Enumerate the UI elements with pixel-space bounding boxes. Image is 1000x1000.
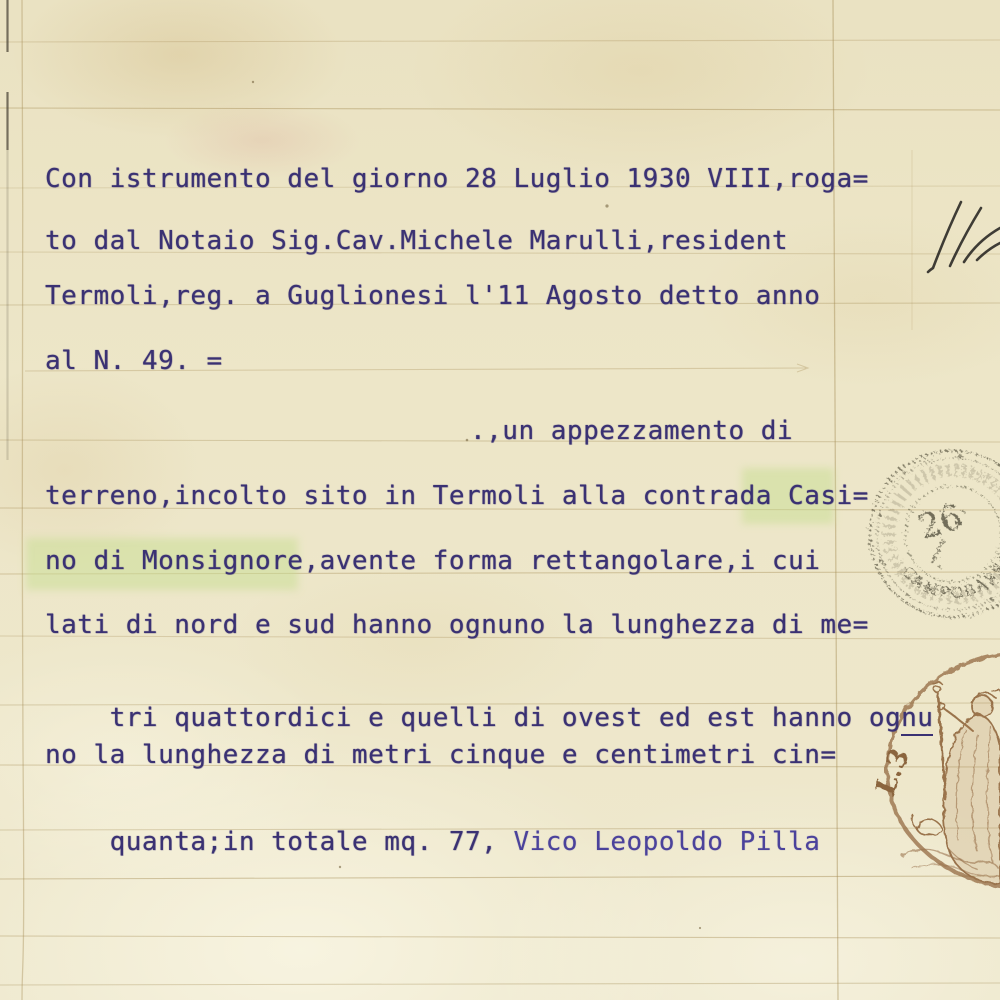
typed-line-9-underlined: nu [901,703,933,736]
left-margin-line [22,0,24,1000]
typed-line-11-main: quanta;in totale mq. 77, [110,827,514,857]
typed-line-11: quanta;in totale mq. 77, Vico Leopoldo P… [45,803,820,881]
postmark-stamp: 26 CAMPOBASSO [859,440,1000,627]
signature-mark [928,202,1000,272]
typed-line-9-main: tri quattordici e quelli di ovest ed est… [110,703,902,733]
typed-line-5: .,un appezzamento di [470,418,793,444]
typed-line-4: al N. 49. = [45,348,223,374]
typed-line-3: Termoli,reg. a Guglionesi l'11 Agosto de… [45,283,820,309]
typed-line-11-street-name: Vico Leopoldo Pilla [513,827,820,857]
typed-line-6: terreno,incolto sito in Termoli alla con… [45,483,869,509]
scanned-document-page: 26 CAMPOBASSO L.3 [0,0,1000,1000]
typed-line-10: no la lunghezza di metri cinque e centim… [45,742,837,768]
postmark-city-arc: CAMPOBASSO [897,546,1000,610]
typed-line-1: Con istrumento del giorno 28 Luglio 1930… [45,166,869,192]
postmark-day: 26 [914,497,968,548]
typed-line-2: to dal Notaio Sig.Cav.Michele Marulli,re… [45,228,788,254]
typed-line-7: no di Monsignore,avente forma rettangola… [45,548,820,574]
typed-line-8: lati di nord e sud hanno ognuno la lungh… [45,612,869,638]
svg-text:CAMPOBASSO: CAMPOBASSO [897,546,1000,610]
